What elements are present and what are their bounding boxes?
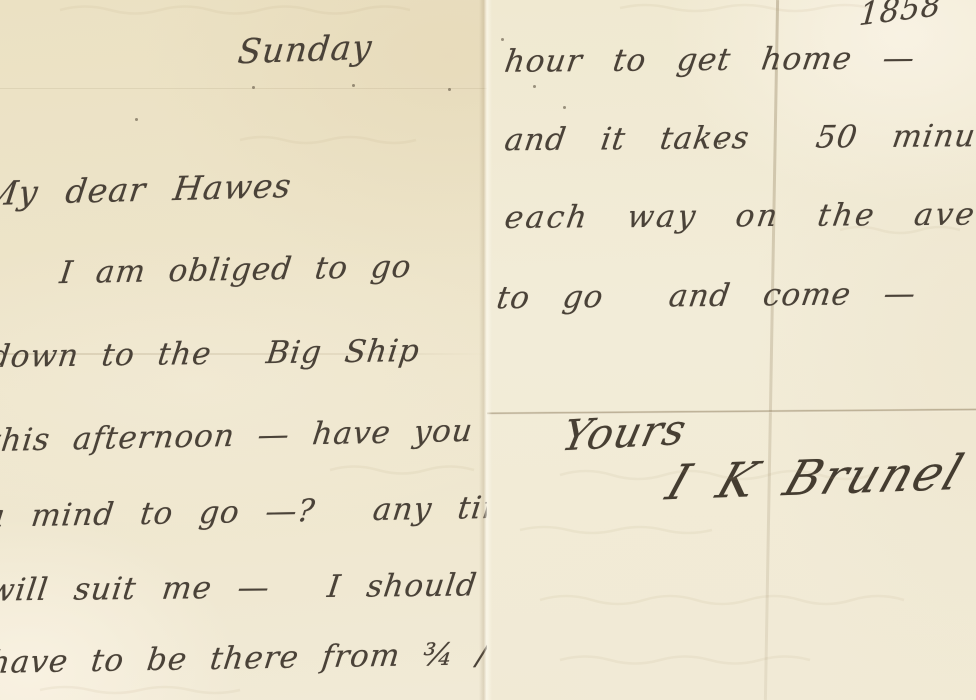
fold-crease-right-vertical bbox=[764, 0, 779, 700]
letter-dateline-sunday: Sunday bbox=[236, 28, 374, 73]
brunel-signature: I K Brunel bbox=[659, 445, 971, 512]
handwritten-letter-photograph: Sunday My dear Hawes I am obliged to go … bbox=[0, 0, 976, 700]
ink-dot bbox=[135, 118, 138, 121]
letter-line: hour to get home — bbox=[502, 40, 917, 80]
letter-closing: Yours bbox=[557, 404, 691, 460]
letter-line: have to be there from ¾ / an bbox=[0, 635, 554, 681]
ink-dot bbox=[533, 85, 536, 88]
ink-dot bbox=[501, 38, 504, 41]
letter-line: will suit me — I should bbox=[0, 567, 479, 608]
ink-dot bbox=[448, 88, 451, 91]
fold-crease-left-faint bbox=[0, 88, 487, 89]
page-edge-shadow bbox=[479, 0, 492, 700]
ink-dot bbox=[718, 142, 721, 145]
ink-dot bbox=[563, 106, 566, 109]
letter-line: each way on the average bbox=[502, 196, 976, 236]
ink-dot bbox=[252, 86, 255, 89]
letter-line-big-ship: down to the Big Ship bbox=[0, 333, 422, 375]
letter-year: 1858 bbox=[858, 0, 943, 33]
fold-crease-right-horizontal bbox=[487, 408, 976, 415]
letter-line: a mind to go —? any time bbox=[0, 489, 534, 535]
letter-left-page: Sunday My dear Hawes I am obliged to go … bbox=[0, 0, 487, 700]
letter-right-page: 1858 hour to get home — and it takes 50 … bbox=[487, 0, 976, 700]
letter-line: and it takes 50 minutes bbox=[502, 118, 976, 159]
letter-line: I am obliged to go bbox=[58, 249, 414, 291]
letter-salutation: My dear Hawes bbox=[0, 166, 294, 213]
letter-line: to go and come — bbox=[494, 276, 918, 316]
ink-dot bbox=[352, 84, 355, 87]
letter-line: this afternoon — have you bbox=[0, 413, 475, 459]
